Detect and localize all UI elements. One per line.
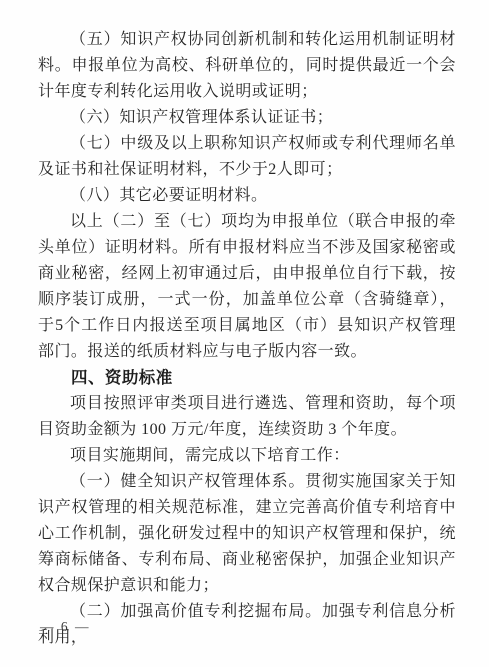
page-number: — 6 — (40, 618, 91, 636)
paragraph-funding-amount: 项目按照评审类项目进行遴选、管理和资助，每个项目资助金额为 100 万元/年度，… (38, 391, 456, 443)
paragraph-item-8-other-materials: （八）其它必要证明材料。 (38, 183, 456, 209)
paragraph-task-1-ip-management: （一）健全知识产权管理体系。贯彻实施国家关于知识产权管理的相关规范标准，建立完善… (38, 469, 456, 599)
document-page: （五）知识产权协同创新机制和转化运用机制证明材料。申报单位为高校、科研单位的，同… (0, 0, 489, 667)
paragraph-item-6-certification: （六）知识产权管理体系认证证书； (38, 105, 456, 131)
section-heading-funding-standard: 四、资助标准 (38, 365, 456, 391)
paragraph-task-2-patent-layout: （二）加强高价值专利挖掘布局。加强专利信息分析利用， (38, 599, 456, 651)
paragraph-implementation-intro: 项目实施期间，需完成以下培育工作： (38, 443, 456, 469)
paragraph-item-5-proof-materials: （五）知识产权协同创新机制和转化运用机制证明材料。申报单位为高校、科研单位的，同… (38, 27, 456, 105)
paragraph-submission-requirements: 以上（二）至（七）项均为申报单位（联合申报的牵头单位）证明材料。所有申报材料应当… (38, 209, 456, 365)
paragraph-item-7-personnel-list: （七）中级及以上职称知识产权师或专利代理师名单及证书和社保证明材料，不少于2人即… (38, 131, 456, 183)
document-text-block: （五）知识产权协同创新机制和转化运用机制证明材料。申报单位为高校、科研单位的，同… (38, 27, 456, 651)
